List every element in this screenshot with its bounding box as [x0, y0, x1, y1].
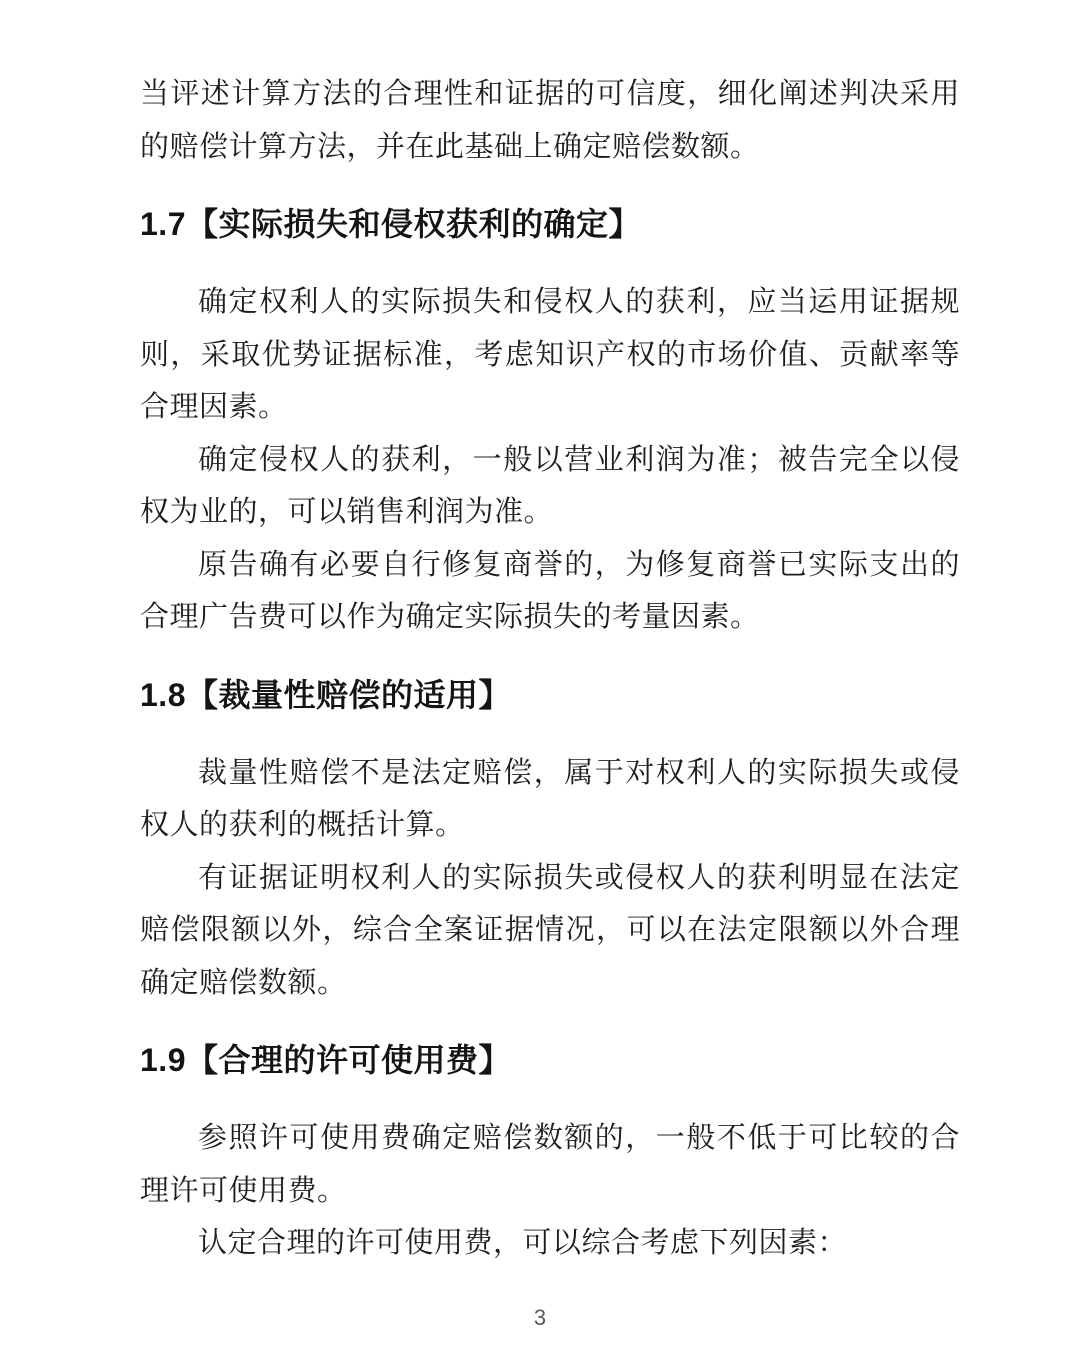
paragraph: 参照许可使用费确定赔偿数额的，一般不低于可比较的合理许可使用费。: [140, 1112, 960, 1217]
paragraph: 确定侵权人的获利，一般以营业利润为准；被告完全以侵权为业的，可以销售利润为准。: [140, 434, 960, 539]
section-heading-1-8: 1.8【裁量性赔偿的适用】: [140, 669, 960, 721]
section-heading-1-7: 1.7【实际损失和侵权获利的确定】: [140, 198, 960, 250]
paragraph: 认定合理的许可使用费，可以综合考虑下列因素：: [140, 1217, 960, 1270]
section-heading-1-9: 1.9【合理的许可使用费】: [140, 1034, 960, 1086]
paragraph: 原告确有必要自行修复商誉的，为修复商誉已实际支出的合理广告费可以作为确定实际损失…: [140, 539, 960, 644]
paragraph: 裁量性赔偿不是法定赔偿，属于对权利人的实际损失或侵权人的获利的概括计算。: [140, 747, 960, 852]
paragraph: 有证据证明权利人的实际损失或侵权人的获利明显在法定赔偿限额以外，综合全案证据情况…: [140, 852, 960, 1010]
document-page: 当评述计算方法的合理性和证据的可信度，细化阐述判决采用的赔偿计算方法，并在此基础…: [0, 0, 1080, 1357]
continuation-paragraph: 当评述计算方法的合理性和证据的可信度，细化阐述判决采用的赔偿计算方法，并在此基础…: [140, 68, 960, 173]
paragraph: 确定权利人的实际损失和侵权人的获利，应当运用证据规则，采取优势证据标准，考虑知识…: [140, 276, 960, 434]
page-number: 3: [0, 1305, 1080, 1331]
